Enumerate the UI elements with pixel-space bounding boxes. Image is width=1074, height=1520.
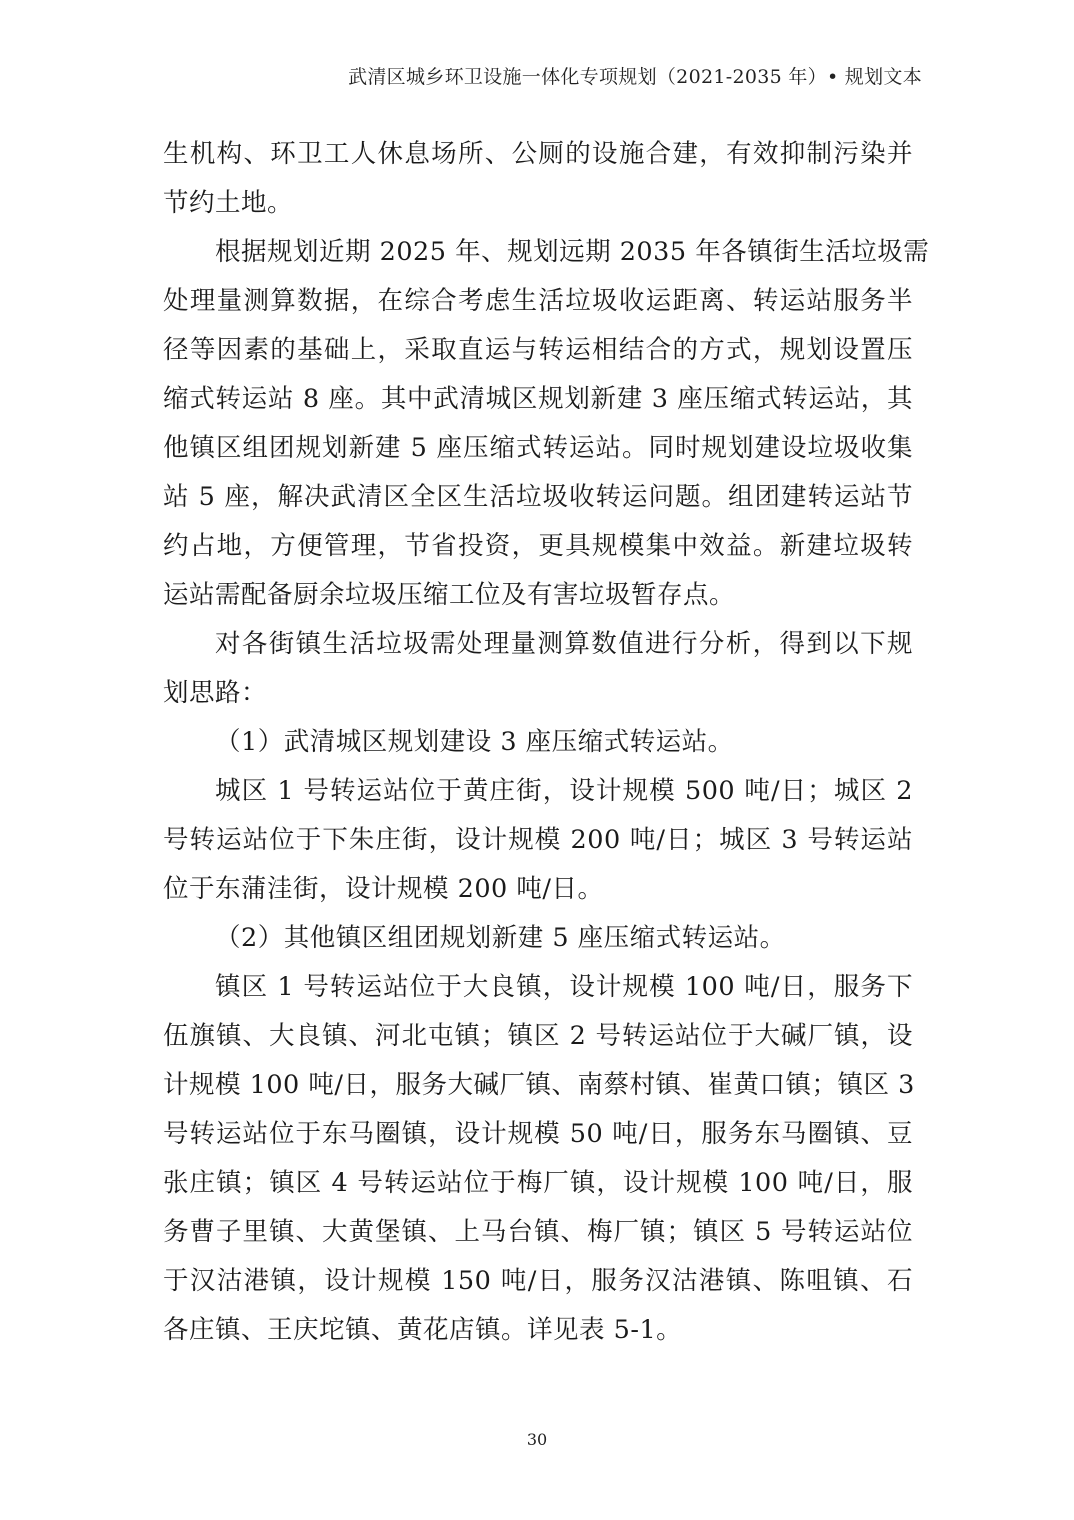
paragraph-town-stations: 镇区 1 号转运站位于大良镇，设计规模 100 吨/日，服务下 伍旗镇、大良镇、… [163,963,913,1355]
text-line: 计规模 100 吨/日，服务大碱厂镇、南蔡村镇、崔黄口镇；镇区 3 [163,1061,913,1110]
text-line: 伍旗镇、大良镇、河北屯镇；镇区 2 号转运站位于大碱厂镇，设 [163,1012,913,1061]
subheading-text: （2）其他镇区组团规划新建 5 座压缩式转运站。 [163,914,913,963]
text-line: 他镇区组团规划新建 5 座压缩式转运站。同时规划建设垃圾收集 [163,424,913,473]
text-line: 张庄镇；镇区 4 号转运站位于梅厂镇，设计规模 100 吨/日，服 [163,1159,913,1208]
text-line: 各庄镇、王庆坨镇、黄花店镇。详见表 5-1。 [163,1306,913,1355]
text-line: 径等因素的基础上，采取直运与转运相结合的方式，规划设置压 [163,326,913,375]
paragraph-urban-stations: 城区 1 号转运站位于黄庄街，设计规模 500 吨/日；城区 2 号转运站位于下… [163,767,913,914]
text-line: 生机构、环卫工人休息场所、公厕的设施合建，有效抑制污染并 [163,130,913,179]
text-line: 对各街镇生活垃圾需处理量测算数值进行分析，得到以下规 [163,620,913,669]
text-line: 根据规划近期 2025 年、规划远期 2035 年各镇街生活垃圾需 [163,228,913,277]
text-line: 务曹子里镇、大黄堡镇、上马台镇、梅厂镇；镇区 5 号转运站位 [163,1208,913,1257]
text-line: 处理量测算数据，在综合考虑生活垃圾收运距离、转运站服务半 [163,277,913,326]
paragraph-facility-co-location: 生机构、环卫工人休息场所、公厕的设施合建，有效抑制污染并 节约土地。 [163,130,913,228]
text-line: 缩式转运站 8 座。其中武清城区规划新建 3 座压缩式转运站，其 [163,375,913,424]
text-line: 运站需配备厨余垃圾压缩工位及有害垃圾暂存点。 [163,571,913,620]
body-text: 生机构、环卫工人休息场所、公厕的设施合建，有效抑制污染并 节约土地。 根据规划近… [163,130,913,1355]
subheading-town-stations: （2）其他镇区组团规划新建 5 座压缩式转运站。 [163,914,913,963]
text-line: 于汉沽港镇，设计规模 150 吨/日，服务汉沽港镇、陈咀镇、石 [163,1257,913,1306]
running-header-title: 武清区城乡环卫设施一体化专项规划（2021-2035 年）• 规划文本 [348,66,922,88]
subheading-urban-stations: （1）武清城区规划建设 3 座压缩式转运站。 [163,718,913,767]
text-line: 节约土地。 [163,179,913,228]
text-line: 位于东蒲洼街，设计规模 200 吨/日。 [163,865,913,914]
paragraph-analysis: 对各街镇生活垃圾需处理量测算数值进行分析，得到以下规 划思路： [163,620,913,718]
text-line: 号转运站位于下朱庄街，设计规模 200 吨/日；城区 3 号转运站 [163,816,913,865]
subheading-text: （1）武清城区规划建设 3 座压缩式转运站。 [163,718,913,767]
paragraph-planning-basis: 根据规划近期 2025 年、规划远期 2035 年各镇街生活垃圾需 处理量测算数… [163,228,913,620]
text-line: 镇区 1 号转运站位于大良镇，设计规模 100 吨/日，服务下 [163,963,913,1012]
running-header: 武清区城乡环卫设施一体化专项规划（2021-2035 年）• 规划文本 [348,62,922,92]
text-line: 划思路： [163,669,913,718]
text-line: 站 5 座，解决武清区全区生活垃圾收转运问题。组团建转运站节 [163,473,913,522]
page-number: 30 [0,1428,1074,1452]
text-line: 约占地，方便管理，节省投资，更具规模集中效益。新建垃圾转 [163,522,913,571]
text-line: 城区 1 号转运站位于黄庄街，设计规模 500 吨/日；城区 2 [163,767,913,816]
text-line: 号转运站位于东马圈镇，设计规模 50 吨/日，服务东马圈镇、豆 [163,1110,913,1159]
